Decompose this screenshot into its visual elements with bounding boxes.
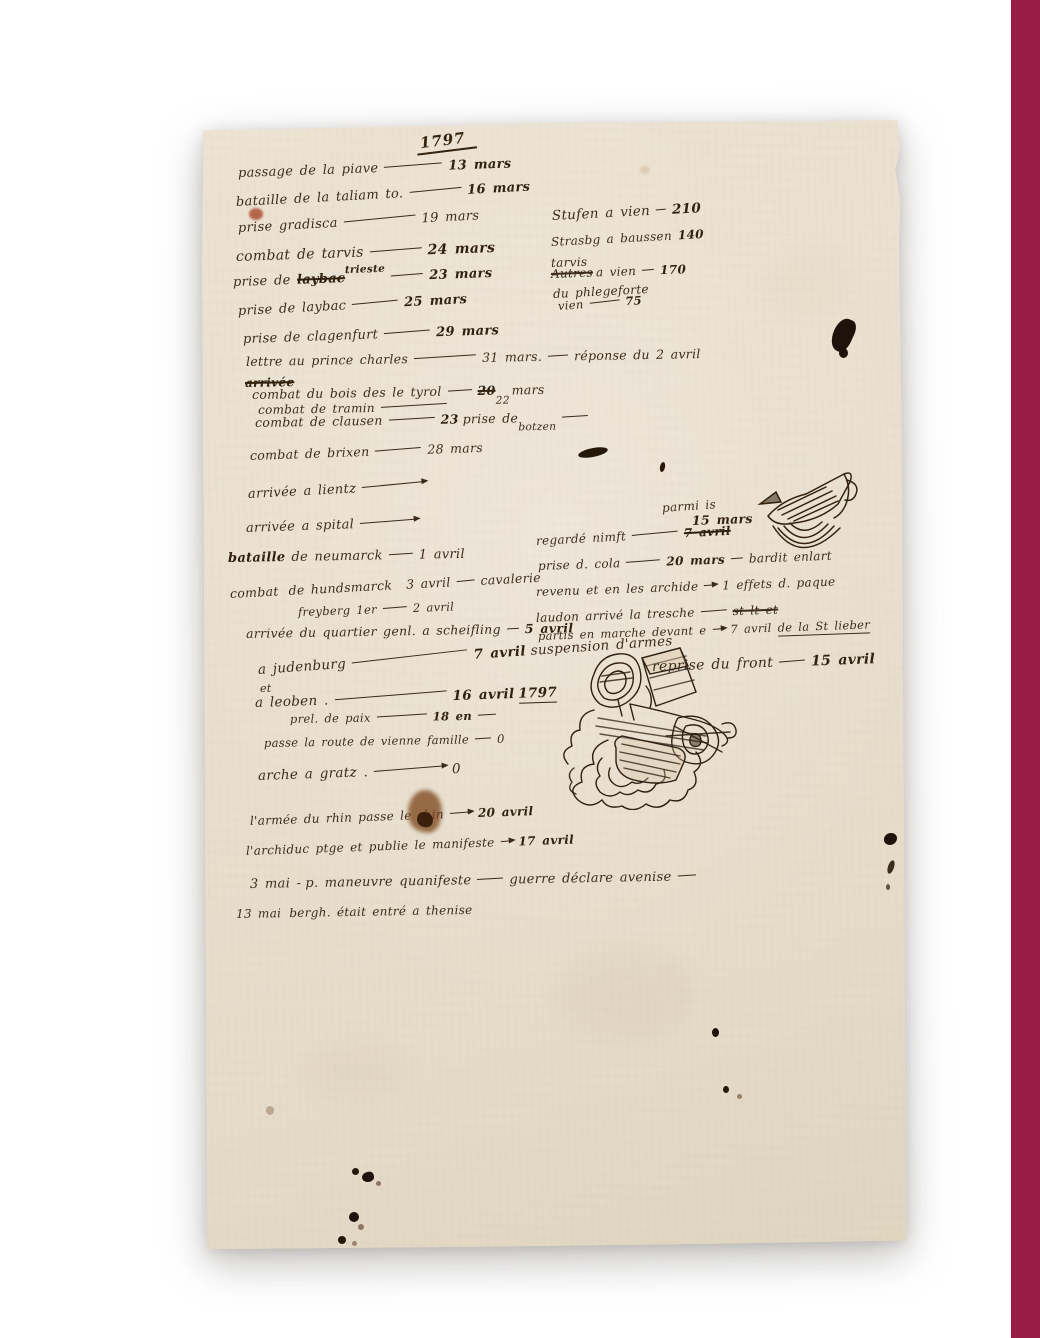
- ink-stain: [376, 1181, 381, 1186]
- manuscript-line: arrivée du quartier genl. a scheifling5 …: [246, 622, 574, 640]
- ink-layer: 1797: [0, 0, 1040, 1338]
- manuscript-line: prise d. cola20 marsbardit enlart: [538, 550, 832, 572]
- manuscript-line: prise de laybac25 mars: [238, 293, 468, 318]
- manuscript-line: a leoben .16 avril1797: [255, 686, 558, 710]
- manuscript-line: l'armée du rhin passe le rhin20 avril: [250, 805, 534, 827]
- manuscript-line: freyberg 1er2 avril: [298, 602, 455, 619]
- ink-stain: [886, 859, 896, 874]
- ink-stain: [358, 1224, 364, 1230]
- manuscript-line: arche a gratz .0: [258, 763, 461, 784]
- ink-stain: [266, 1106, 274, 1115]
- manuscript-line: lettre au prince charles31 mars.réponse …: [246, 348, 701, 368]
- ink-stain: [249, 208, 263, 220]
- manuscript-line: regardé nimft7 avril: [536, 525, 731, 547]
- ink-stain: [300, 1040, 410, 1100]
- manuscript-line: vien75: [558, 295, 643, 312]
- ink-stain: [361, 1171, 375, 1184]
- manuscript-line: prise de clagenfurt29 mars: [243, 324, 500, 346]
- manuscript-line: passe la route de vienne famille0: [264, 734, 505, 750]
- manuscript-line: l'archiduc ptge et publie le manifeste17…: [246, 834, 574, 857]
- manuscript-line: prise gradisca19 mars: [238, 209, 480, 235]
- manuscript-line: arrivée a lientz: [248, 478, 433, 501]
- manuscript-line: et: [260, 683, 272, 694]
- manuscript-line: Strasbg a baussen140: [551, 228, 704, 248]
- ornamental-ink-sketch-small: [748, 460, 866, 558]
- manuscript-line: combat de brixen28 mars: [250, 442, 483, 463]
- manuscript-line: prel. de paix18 en: [290, 710, 502, 725]
- year-heading: 1797: [415, 127, 477, 155]
- ink-stain: [839, 348, 848, 358]
- ink-stain: [338, 1236, 346, 1244]
- manuscript-line: 13 maibergh. était entré a thenise: [236, 904, 473, 920]
- manuscript-line: Autresa vien170: [551, 263, 687, 280]
- manuscript-line: combat de tarvis24 mars: [236, 241, 496, 264]
- ink-stain: [555, 945, 695, 1040]
- ink-stain: [352, 1241, 357, 1246]
- manuscript-line: passage de la piave13 mars: [238, 157, 512, 180]
- ink-stain: [712, 1028, 719, 1037]
- ink-stain: [640, 166, 650, 174]
- ink-stain: [737, 1094, 742, 1099]
- manuscript-line: combat de clausen23prise debotzen: [255, 411, 594, 430]
- manuscript-line: 3 mai -p. maneuvre quanifesteguerre décl…: [250, 870, 702, 891]
- manuscript-line: prise de laybactrieste23 mars: [233, 267, 493, 289]
- ink-stain: [352, 1168, 359, 1175]
- manuscript-line: Stufen a vien210: [552, 202, 702, 223]
- manuscript-line: combat du bois des le tyrol2022mars: [252, 384, 545, 402]
- ink-stain: [886, 884, 890, 890]
- ink-stain: [884, 833, 897, 845]
- manuscript-line: combatde hundsmarck3 avrilcavalerie: [230, 572, 542, 601]
- ink-stain: [349, 1212, 359, 1222]
- ink-stain: [723, 1086, 729, 1093]
- ink-stain: [659, 462, 666, 473]
- manuscript-line: revenu et en les archide1 effets d. paqu…: [536, 576, 836, 598]
- manuscript-line: arrivée a spital: [246, 516, 425, 535]
- catalog-photo-stage: 1797: [0, 0, 1040, 1338]
- ink-stain: [578, 446, 609, 459]
- ink-stain: [760, 250, 850, 320]
- maroon-accent-bar: [1011, 0, 1040, 1338]
- manuscript-line: bataillede neumarck1 avril: [228, 548, 465, 565]
- manuscript-line: bataille de la taliam to.16 mars: [236, 181, 531, 209]
